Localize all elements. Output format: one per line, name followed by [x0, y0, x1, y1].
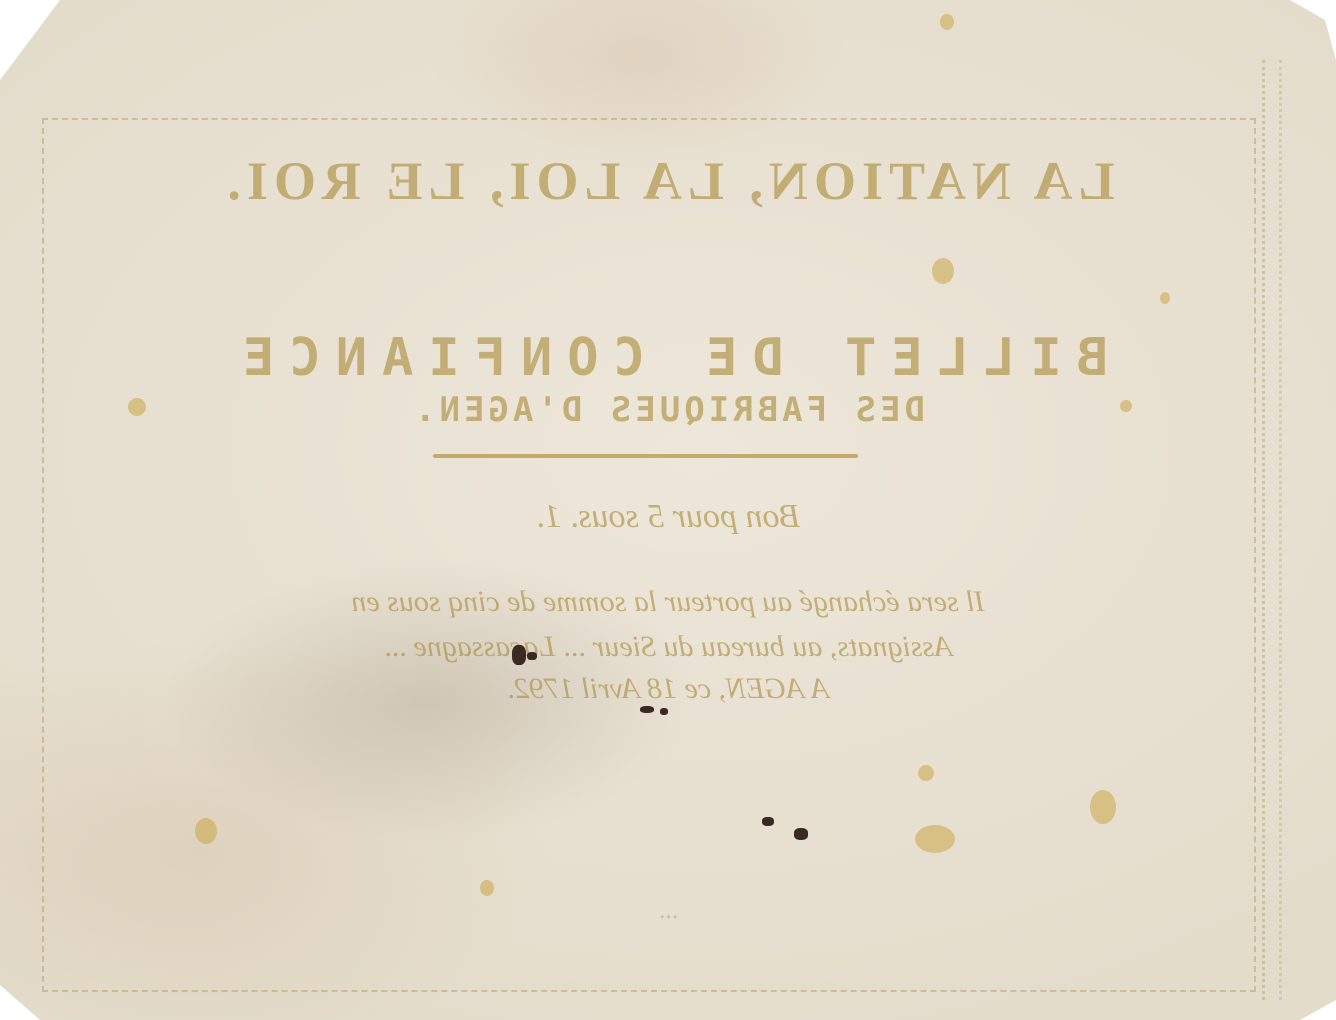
- foxing-spot: [1120, 400, 1132, 412]
- divider-rule: [433, 454, 858, 458]
- foxing-spot: [128, 398, 146, 416]
- foxing-spot: [940, 14, 954, 30]
- ink-blot: [794, 828, 808, 840]
- subtitle: DES FABRIQUES D'AGEN.: [0, 390, 1336, 430]
- foxing-spot: [915, 825, 955, 853]
- ink-blot: [660, 708, 668, 715]
- body-line-3: A AGEN, ce 18 Avril 1792.: [0, 672, 1336, 706]
- foxing-spot: [918, 765, 934, 781]
- footer-line: ...: [0, 895, 1336, 925]
- body-line-1: Il sera échangé au porteur la somme de c…: [0, 585, 1336, 619]
- value-line: Bon pour 5 sous. 1.: [0, 498, 1336, 536]
- foxing-spot: [1160, 292, 1170, 304]
- ink-blot: [512, 645, 526, 665]
- ink-blot: [762, 817, 774, 826]
- paper-note: LA NATION, LA LOI, LE ROI. BILLET DE CON…: [0, 0, 1336, 1020]
- header-motto: LA NATION, LA LOI, LE ROI.: [0, 150, 1336, 212]
- foxing-spot: [195, 818, 217, 844]
- foxing-spot: [480, 880, 494, 896]
- dashed-frame: [42, 118, 1256, 992]
- ink-blot: [640, 706, 654, 713]
- title: BILLET DE CONFIANCE: [0, 328, 1336, 388]
- foxing-spot: [932, 258, 954, 284]
- foxing-spot: [1090, 790, 1116, 824]
- ink-blot: [527, 652, 537, 660]
- body-line-2: Assignats, au bureau du Sieur ... Lacass…: [0, 630, 1336, 664]
